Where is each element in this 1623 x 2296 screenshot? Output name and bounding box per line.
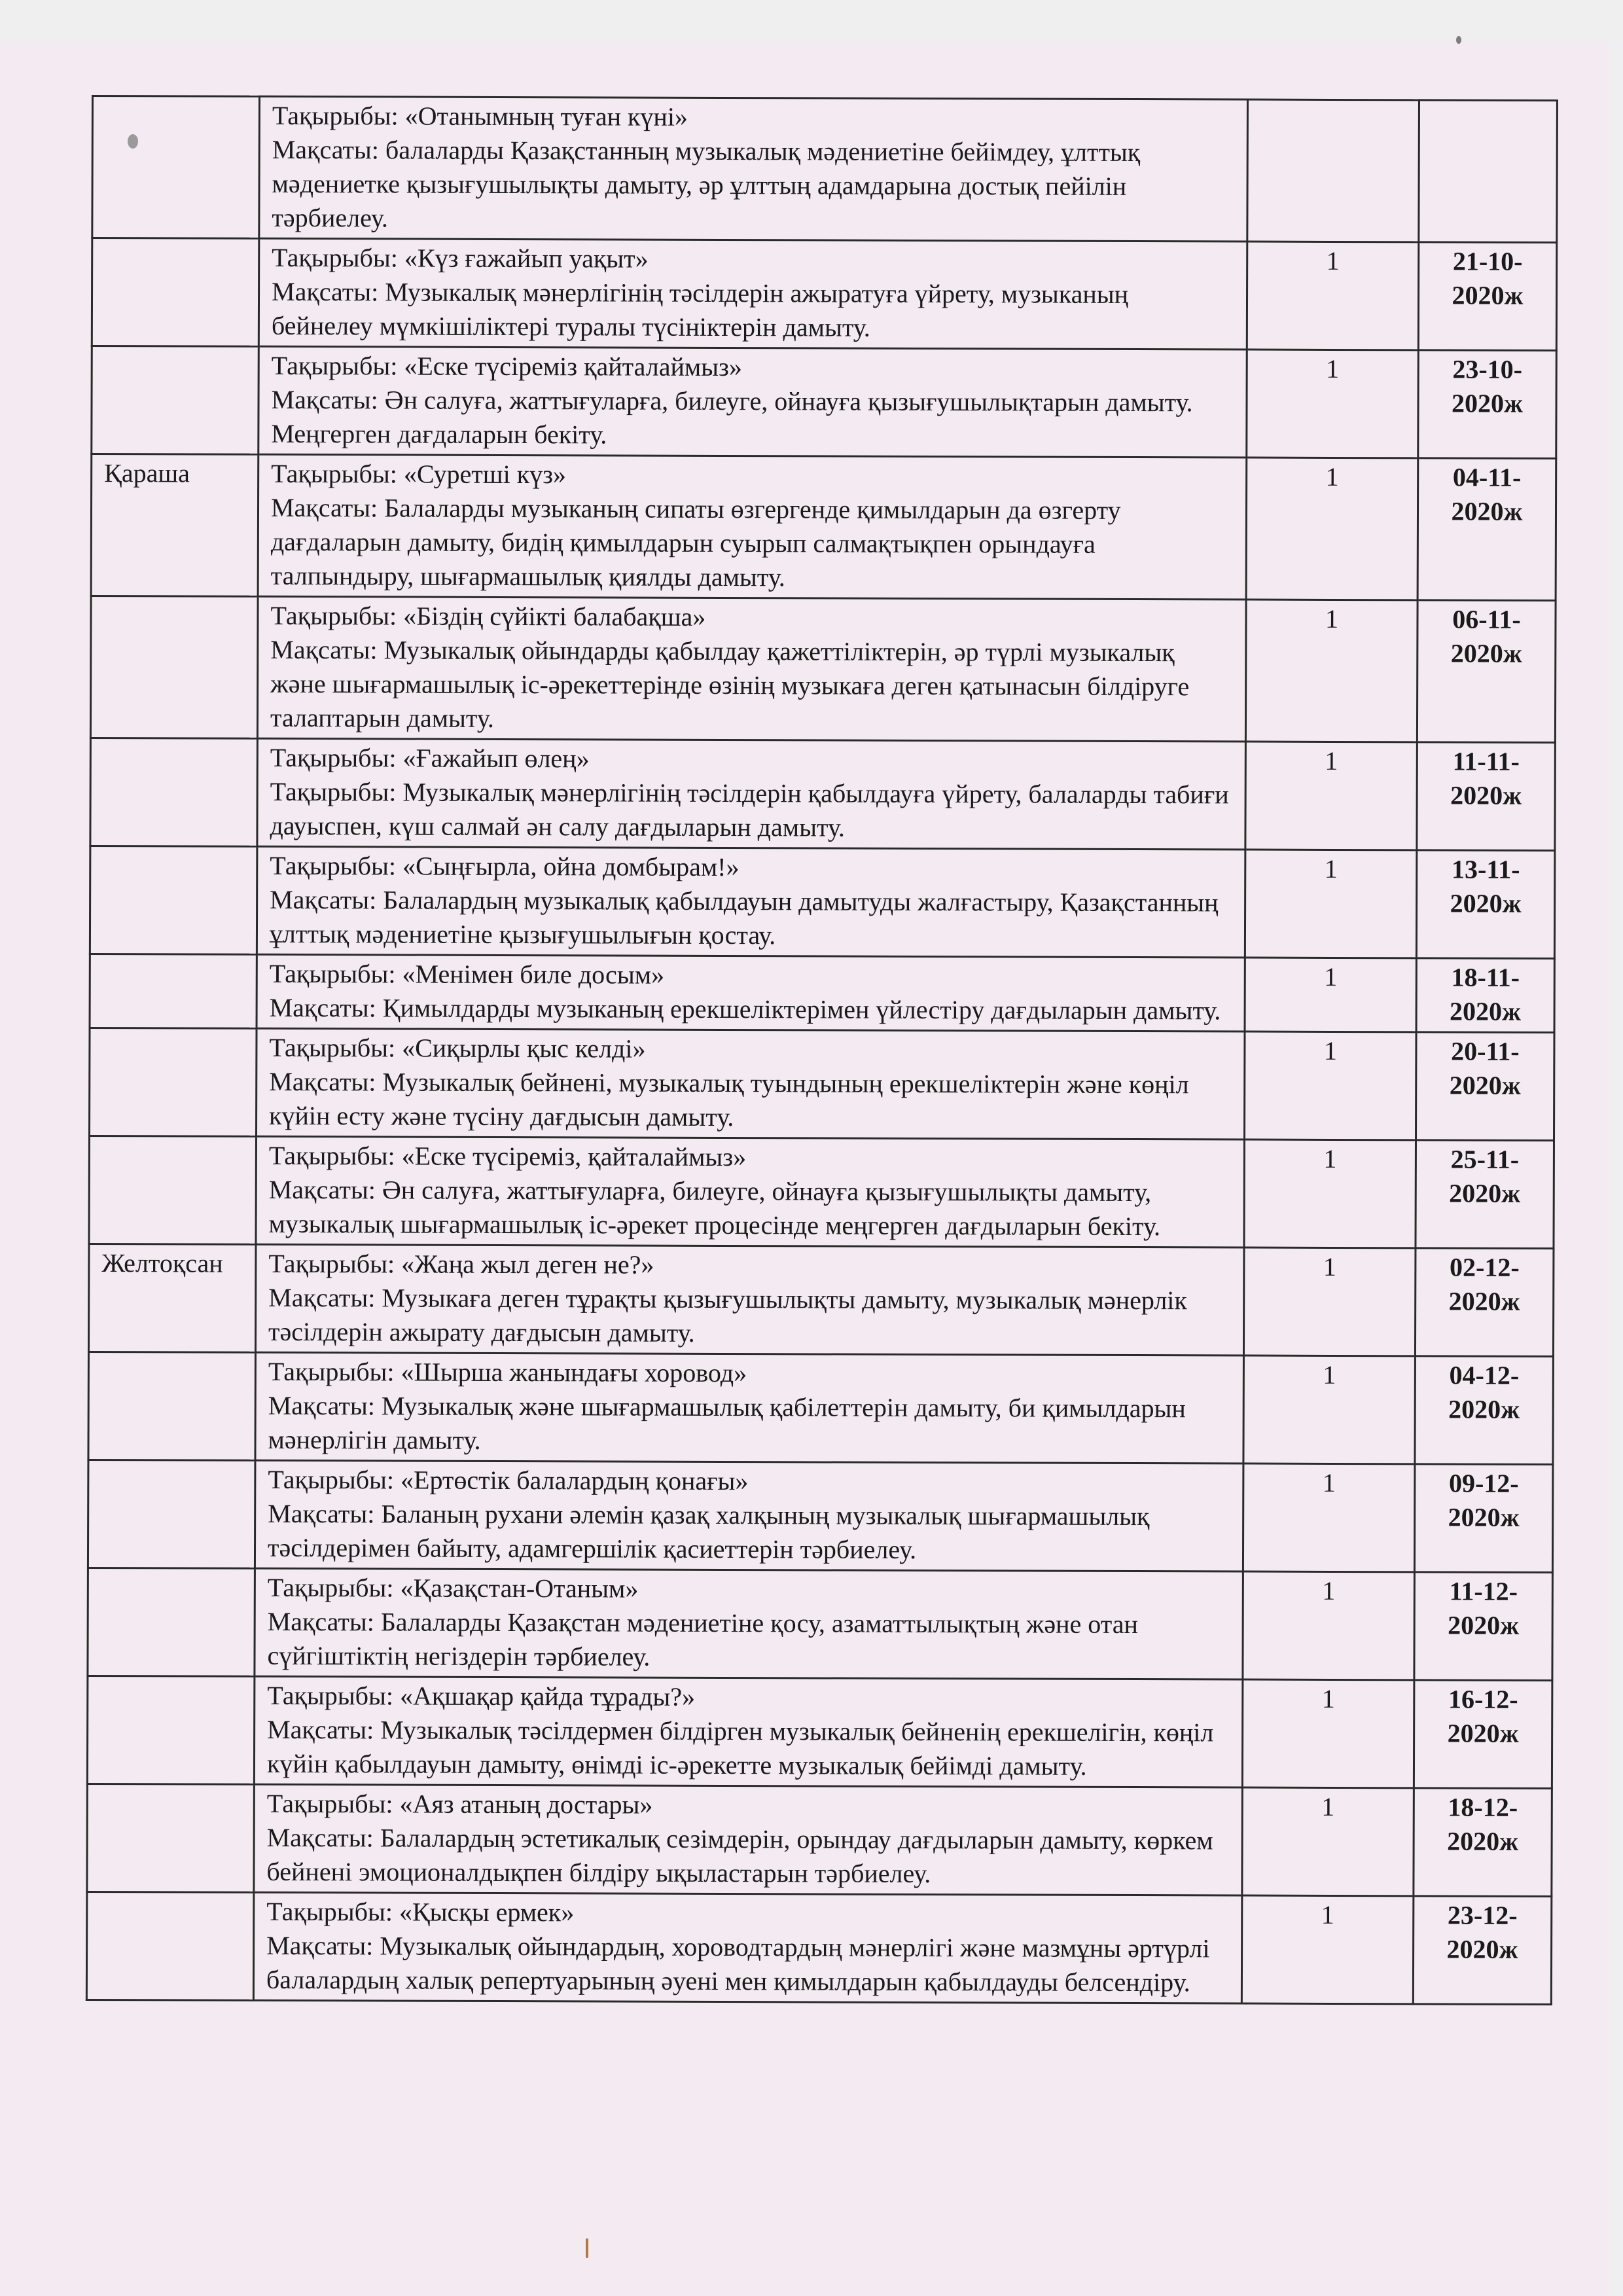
lesson-topic: Тақырыбы: «Күз ғажайып уақыт»: [272, 241, 1234, 278]
date-cell: 11-11-2020ж: [1417, 742, 1556, 851]
month-cell: [88, 1352, 256, 1460]
table-row: Тақырыбы: «Шырша жанындағы хоровод» Мақс…: [88, 1352, 1554, 1464]
date-value: 02-12-2020ж: [1449, 1253, 1520, 1316]
table-row: Тақырыбы: «Менімен биле досым» Мақсаты: …: [90, 954, 1554, 1032]
hours-value: 1: [1323, 1144, 1336, 1174]
date-cell: 20-11-2020ж: [1416, 1032, 1554, 1141]
month-cell: [87, 1676, 255, 1784]
lesson-content-cell: Тақырыбы: «Ақшақар қайда тұрады?» Мақсат…: [254, 1676, 1243, 1787]
lesson-goal: Мақсаты: Балалардың музыкалық қабылдауын…: [270, 883, 1232, 954]
date-cell: 06-11-2020ж: [1417, 600, 1556, 743]
lesson-content-cell: Тақырыбы: «Шырша жанындағы хоровод» Мақс…: [255, 1352, 1244, 1463]
date-cell: 21-10-2020ж: [1418, 242, 1557, 351]
lesson-content-cell: Тақырыбы: «Еске түсіреміз, қайталаймыз» …: [256, 1136, 1245, 1247]
lesson-goal: Мақсаты: Балалардың эстетикалық сезімдер…: [266, 1821, 1229, 1892]
lesson-goal: Мақсаты: Музыкалық ойындарды қабылдау қа…: [270, 633, 1233, 738]
lesson-plan-body: Тақырыбы: «Отанымның туған күні» Мақсаты…: [86, 96, 1557, 2005]
hours-cell: 1: [1245, 600, 1418, 742]
lesson-goal: Мақсаты: Ән салуға, жаттығуларға, билеуг…: [269, 1173, 1232, 1244]
table-row: Тақырыбы: «Ертөстік балалардың қонағы» М…: [88, 1460, 1553, 1572]
table-row: Тақырыбы: «Еске түсіреміз, қайталаймыз» …: [89, 1136, 1554, 1248]
month-label: Қараша: [104, 458, 190, 488]
lesson-topic: Тақырыбы: «Ғажайып өлең»: [270, 741, 1233, 778]
hours-cell: [1247, 99, 1419, 242]
month-cell: [90, 846, 257, 954]
date-value: 20-11-2020ж: [1450, 1037, 1521, 1100]
month-cell: [92, 96, 260, 239]
hours-value: 1: [1323, 1468, 1336, 1498]
month-cell: Қараша: [91, 454, 259, 597]
date-cell: 04-11-2020ж: [1418, 458, 1556, 601]
table-row: Тақырыбы: «Қазақстан-Отаным» Мақсаты: Ба…: [88, 1568, 1553, 1680]
table-row: Тақырыбы: «Еске түсіреміз қайталаймыз» М…: [92, 346, 1557, 459]
hours-cell: 1: [1243, 1355, 1416, 1464]
lesson-topic: Тақырыбы: «Аяз атаның достары»: [267, 1787, 1230, 1824]
month-cell: [88, 1460, 255, 1568]
lesson-topic: Тақырыбы: «Суретші күз»: [271, 457, 1234, 494]
table-row: Тақырыбы: «Қысқы ермек» Мақсаты: Музыкал…: [86, 1892, 1552, 2004]
date-value: 13-11-2020ж: [1450, 855, 1522, 918]
hours-cell: 1: [1246, 457, 1418, 600]
lesson-goal: Мақсаты: Музыкалық бейнені, музыкалық ту…: [269, 1065, 1232, 1136]
date-value: 11-11-2020ж: [1450, 747, 1522, 810]
hours-value: 1: [1326, 354, 1339, 384]
hours-value: 1: [1323, 1360, 1336, 1390]
lesson-content-cell: Тақырыбы: «Суретші күз» Мақсаты: Балалар…: [258, 454, 1247, 600]
hours-cell: 1: [1245, 742, 1418, 850]
table-row: Тақырыбы: «Ғажайып өлең» Тақырыбы: Музык…: [90, 738, 1556, 850]
hours-cell: 1: [1243, 1571, 1415, 1680]
date-cell: 18-11-2020ж: [1416, 958, 1554, 1033]
lesson-content-cell: Тақырыбы: «Ертөстік балалардың қонағы» М…: [255, 1460, 1243, 1571]
month-cell: [92, 238, 259, 347]
date-cell: 25-11-2020ж: [1416, 1140, 1554, 1249]
lesson-goal: Мақсаты: Балаларды музыканың сипаты өзге…: [271, 491, 1234, 596]
lesson-topic: Тақырыбы: «Шырша жанындағы хоровод»: [268, 1355, 1231, 1392]
hours-value: 1: [1323, 1252, 1336, 1282]
lesson-topic: Тақырыбы: «Ақшақар қайда тұрады?»: [267, 1679, 1230, 1716]
date-cell: [1419, 100, 1558, 243]
hours-cell: 1: [1242, 1787, 1414, 1896]
hours-cell: 1: [1245, 958, 1416, 1032]
month-cell: [90, 1028, 257, 1136]
lesson-goal: Мақсаты: балаларды Қазақстанның музыкалы…: [272, 133, 1234, 238]
date-value: 18-11-2020ж: [1450, 963, 1521, 1026]
date-value: 18-12-2020ж: [1447, 1793, 1518, 1856]
lesson-goal: Мақсаты: Баланың рухани әлемін қазақ хал…: [268, 1497, 1230, 1568]
table-row: Тақырыбы: «Сыңғырла, ойна домбырам!» Мақ…: [90, 846, 1555, 958]
lesson-goal: Мақсаты: Музыкаға деген тұрақты қызығушы…: [268, 1281, 1231, 1352]
date-value: 11-12-2020ж: [1448, 1577, 1519, 1640]
hours-cell: 1: [1244, 1139, 1416, 1248]
date-cell: 23-10-2020ж: [1418, 350, 1557, 459]
table-row: Тақырыбы: «Күз ғажайып уақыт» Мақсаты: М…: [92, 238, 1557, 351]
lesson-topic: Тақырыбы: «Сыңғырла, ойна домбырам!»: [270, 849, 1232, 886]
hours-value: 1: [1324, 962, 1337, 992]
hours-value: 1: [1325, 854, 1338, 884]
date-value: 21-10-2020ж: [1452, 247, 1523, 310]
hours-cell: 1: [1247, 242, 1419, 350]
lesson-topic: Тақырыбы: «Жаңа жыл деген не?»: [268, 1247, 1231, 1284]
lesson-content-cell: Тақырыбы: «Аяз атаның достары» Мақсаты: …: [254, 1784, 1243, 1895]
scan-speck: [1456, 36, 1461, 44]
scan-right-margin: [1609, 41, 1623, 2296]
month-label: Желтоқсан: [101, 1248, 223, 1278]
month-cell: [92, 346, 259, 455]
table-row: Тақырыбы: «Отанымның туған күні» Мақсаты…: [92, 96, 1558, 243]
lesson-content-cell: Тақырыбы: «Жаңа жыл деген не?» Мақсаты: …: [255, 1244, 1244, 1355]
lesson-content-cell: Тақырыбы: «Еске түсіреміз қайталаймыз» М…: [259, 346, 1247, 457]
date-value: 23-10-2020ж: [1452, 355, 1523, 418]
lesson-topic: Тақырыбы: «Еске түсіреміз, қайталаймыз»: [269, 1139, 1232, 1176]
date-cell: 02-12-2020ж: [1415, 1248, 1554, 1357]
scan-speck: [586, 2238, 588, 2258]
lesson-goal: Мақсаты: Музыкалық тәсілдермен білдірген…: [267, 1713, 1230, 1784]
scan-top-margin: [0, 0, 1623, 41]
date-value: 06-11-2020ж: [1451, 605, 1522, 668]
hours-value: 1: [1321, 1792, 1334, 1821]
hours-cell: 1: [1244, 1031, 1416, 1140]
lesson-content-cell: Тақырыбы: «Сиқырлы қыс келді» Мақсаты: М…: [257, 1028, 1245, 1139]
lesson-content-cell: Тақырыбы: «Сыңғырла, ойна домбырам!» Мақ…: [257, 846, 1245, 958]
month-cell: [87, 1784, 255, 1892]
table-row: Тақырыбы: «Аяз атаның достары» Мақсаты: …: [87, 1784, 1552, 1896]
lesson-topic: Тақырыбы: «Қысқы ермек»: [266, 1895, 1229, 1932]
hours-value: 1: [1327, 246, 1340, 276]
date-cell: 11-12-2020ж: [1414, 1572, 1553, 1681]
lesson-goal: Мақсаты: Қимылдарды музыканың ерекшелікт…: [270, 991, 1232, 1028]
lesson-content-cell: Тақырыбы: «Қазақстан-Отаным» Мақсаты: Ба…: [255, 1568, 1243, 1679]
lesson-content-cell: Тақырыбы: «Күз ғажайып уақыт» Мақсаты: М…: [259, 238, 1247, 350]
hours-value: 1: [1324, 1036, 1337, 1066]
lesson-content-cell: Тақырыбы: «Менімен биле досым» Мақсаты: …: [257, 954, 1245, 1031]
hours-cell: 1: [1247, 350, 1419, 458]
lesson-topic: Тақырыбы: «Еске түсіреміз қайталаймыз»: [272, 349, 1234, 386]
date-cell: 04-12-2020ж: [1415, 1356, 1554, 1465]
table-row: Тақырыбы: «Сиқырлы қыс келді» Мақсаты: М…: [90, 1028, 1555, 1140]
date-cell: 09-12-2020ж: [1414, 1464, 1553, 1573]
hours-cell: 1: [1241, 1895, 1414, 2004]
date-value: 09-12-2020ж: [1448, 1469, 1520, 1532]
lesson-goal: Мақсаты: Музыкалық ойындардың, хороводта…: [266, 1929, 1229, 2000]
lesson-topic: Тақырыбы: «Отанымның туған күні»: [272, 99, 1235, 136]
lesson-goal: Мақсаты: Музыкалық мәнерлігінің тәсілдер…: [272, 275, 1234, 346]
lesson-content-cell: Тақырыбы: «Біздің сүйікті балабақша» Мақ…: [257, 596, 1246, 742]
lesson-goal: Мақсаты: Музыкалық және шығармашылық қаб…: [268, 1389, 1230, 1460]
lesson-goal: Тақырыбы: Музыкалық мәнерлігінің тәсілде…: [270, 775, 1232, 846]
date-cell: 18-12-2020ж: [1414, 1788, 1552, 1897]
month-cell: [89, 1136, 257, 1244]
table-row: Тақырыбы: «Біздің сүйікті балабақша» Мақ…: [90, 596, 1556, 743]
lesson-content-cell: Тақырыбы: «Ғажайып өлең» Тақырыбы: Музык…: [257, 738, 1246, 850]
date-value: 23-12-2020ж: [1447, 1901, 1518, 1964]
month-cell: [88, 1568, 255, 1676]
lesson-content-cell: Тақырыбы: «Қысқы ермек» Мақсаты: Музыкал…: [253, 1892, 1242, 2003]
month-cell: [90, 596, 258, 739]
date-cell: 13-11-2020ж: [1416, 850, 1555, 959]
date-value: 04-11-2020ж: [1451, 463, 1522, 526]
date-value: 25-11-2020ж: [1449, 1145, 1520, 1208]
hours-value: 1: [1322, 1684, 1335, 1713]
lesson-plan-table: Тақырыбы: «Отанымның туған күні» Мақсаты…: [86, 95, 1558, 2005]
date-value: 16-12-2020ж: [1448, 1685, 1519, 1748]
lesson-topic: Тақырыбы: «Ертөстік балалардың қонағы»: [268, 1463, 1230, 1500]
lesson-content-cell: Тақырыбы: «Отанымның туған күні» Мақсаты…: [259, 96, 1248, 242]
hours-value: 1: [1325, 746, 1338, 776]
table-row: Қараша Тақырыбы: «Суретші күз» Мақсаты: …: [91, 454, 1556, 601]
table-row: Желтоқсан Тақырыбы: «Жаңа жыл деген не?»…: [88, 1244, 1554, 1356]
month-cell: [90, 738, 258, 846]
hours-cell: 1: [1242, 1679, 1414, 1788]
hours-cell: 1: [1243, 1463, 1415, 1572]
date-cell: 16-12-2020ж: [1414, 1680, 1552, 1789]
month-cell: Желтоқсан: [88, 1244, 256, 1352]
table-row: Тақырыбы: «Ақшақар қайда тұрады?» Мақсат…: [87, 1676, 1552, 1788]
lesson-topic: Тақырыбы: «Қазақстан-Отаным»: [268, 1571, 1230, 1608]
lesson-goal: Мақсаты: Балаларды Қазақстан мәдениетіне…: [267, 1605, 1230, 1676]
hours-cell: 1: [1245, 850, 1417, 958]
hours-value: 1: [1321, 1900, 1334, 1929]
month-cell: [90, 954, 257, 1028]
lesson-goal: Мақсаты: Ән салуға, жаттығуларға, билеуг…: [271, 383, 1234, 454]
hours-cell: 1: [1243, 1247, 1416, 1356]
month-cell: [86, 1892, 254, 2000]
lesson-topic: Тақырыбы: «Сиқырлы қыс келді»: [269, 1031, 1232, 1068]
date-value: 04-12-2020ж: [1448, 1361, 1520, 1424]
lesson-topic: Тақырыбы: «Біздің сүйікті балабақша»: [270, 599, 1233, 636]
date-cell: 23-12-2020ж: [1413, 1896, 1552, 2005]
hours-value: 1: [1325, 604, 1338, 634]
hours-value: 1: [1326, 462, 1339, 492]
hours-value: 1: [1322, 1576, 1335, 1605]
lesson-topic: Тақырыбы: «Менімен биле досым»: [270, 957, 1232, 994]
